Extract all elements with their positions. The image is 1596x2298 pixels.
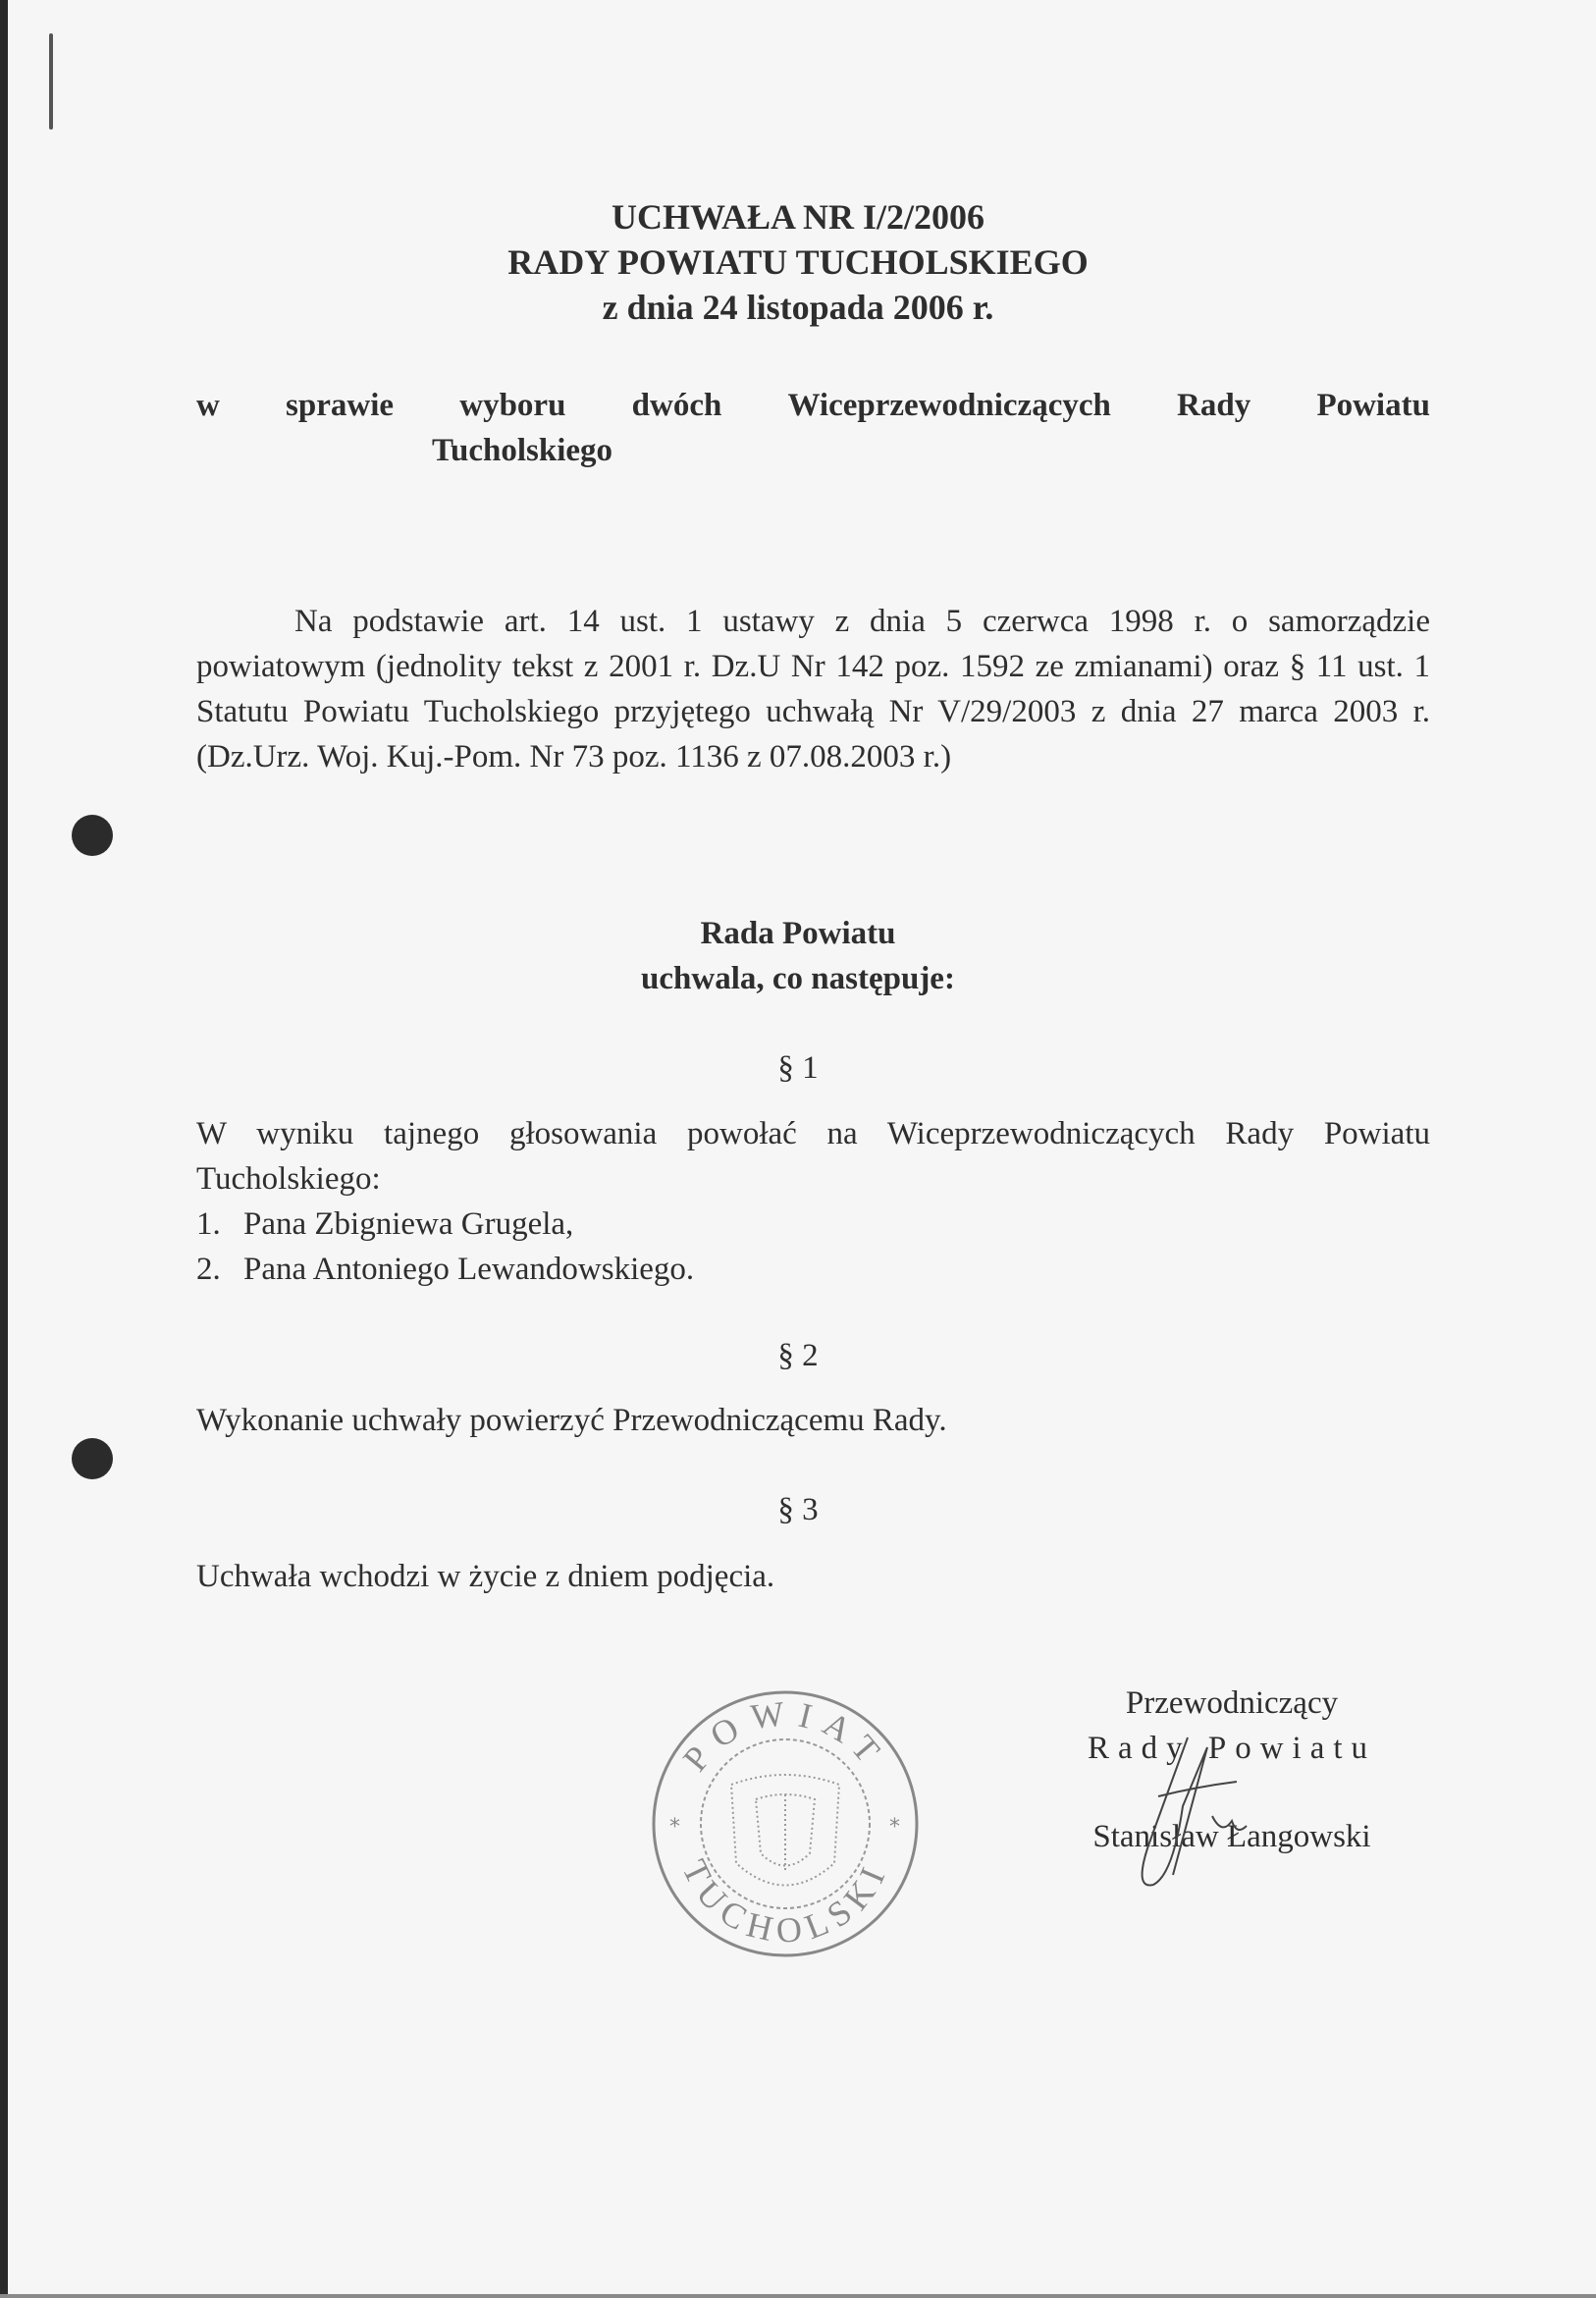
- title-line: UCHWAŁA NR I/2/2006: [0, 194, 1596, 240]
- svg-text:*: *: [669, 1815, 680, 1840]
- council-declaration: Rada Powiatu uchwala, co następuje:: [0, 911, 1596, 1001]
- list-item: 2. Pana Antoniego Lewandowskiego.: [196, 1247, 1430, 1292]
- margin-pen-mark: [49, 33, 53, 130]
- eagle-emblem-icon: [731, 1775, 839, 1886]
- handwritten-signature-icon: [1129, 1728, 1266, 1895]
- subject-word: Wiceprzewodniczących: [788, 383, 1111, 428]
- signatory-role: Przewodniczący: [1050, 1681, 1413, 1726]
- paragraph-2-heading: § 2: [0, 1333, 1596, 1378]
- document-title: UCHWAŁA NR I/2/2006 RADY POWIATU TUCHOLS…: [0, 194, 1596, 330]
- legal-basis: Na podstawie art. 14 ust. 1 ustawy z dni…: [196, 599, 1430, 779]
- punch-hole-icon: [72, 815, 113, 856]
- paragraph-1-text: W wyniku tajnego głosowania powołać na W…: [196, 1111, 1430, 1202]
- subject-word: Rady: [1177, 383, 1250, 428]
- council-line: Rada Powiatu: [0, 911, 1596, 956]
- list-text: Pana Zbigniewa Grugela,: [243, 1202, 573, 1247]
- paragraph-3-heading: § 3: [0, 1487, 1596, 1532]
- list-text: Pana Antoniego Lewandowskiego.: [243, 1247, 694, 1292]
- paragraph-2-text: Wykonanie uchwały powierzyć Przewodniczą…: [196, 1398, 1430, 1443]
- council-line: uchwala, co następuje:: [0, 956, 1596, 1001]
- title-line: RADY POWIATU TUCHOLSKIEGO: [0, 240, 1596, 285]
- paragraph-1: W wyniku tajnego głosowania powołać na W…: [196, 1111, 1430, 1292]
- subject-word: wyboru: [459, 383, 565, 428]
- subject-word: Powiatu: [1316, 383, 1430, 428]
- list-item: 1. Pana Zbigniewa Grugela,: [196, 1202, 1430, 1247]
- list-number: 1.: [196, 1202, 243, 1247]
- subject-word: dwóch: [632, 383, 722, 428]
- resolution-subject: w sprawie wyboru dwóch Wiceprzewodnicząc…: [196, 383, 1430, 473]
- scan-bottom-edge: [0, 2294, 1596, 2298]
- official-seal-stamp: POWIAT TUCHOLSKI * *: [648, 1686, 923, 1961]
- list-number: 2.: [196, 1247, 243, 1292]
- scan-left-edge: [0, 0, 8, 2298]
- svg-text:*: *: [889, 1815, 900, 1840]
- subject-line-2: Tucholskiego: [196, 428, 1430, 473]
- punch-hole-icon: [72, 1438, 113, 1479]
- svg-text:POWIAT: POWIAT: [675, 1692, 895, 1779]
- title-line: z dnia 24 listopada 2006 r.: [0, 285, 1596, 330]
- subject-word: sprawie: [286, 383, 394, 428]
- paragraph-1-heading: § 1: [0, 1045, 1596, 1091]
- paragraph-3-text: Uchwała wchodzi w życie z dniem podjęcia…: [196, 1554, 1430, 1599]
- subject-word: w: [196, 383, 220, 428]
